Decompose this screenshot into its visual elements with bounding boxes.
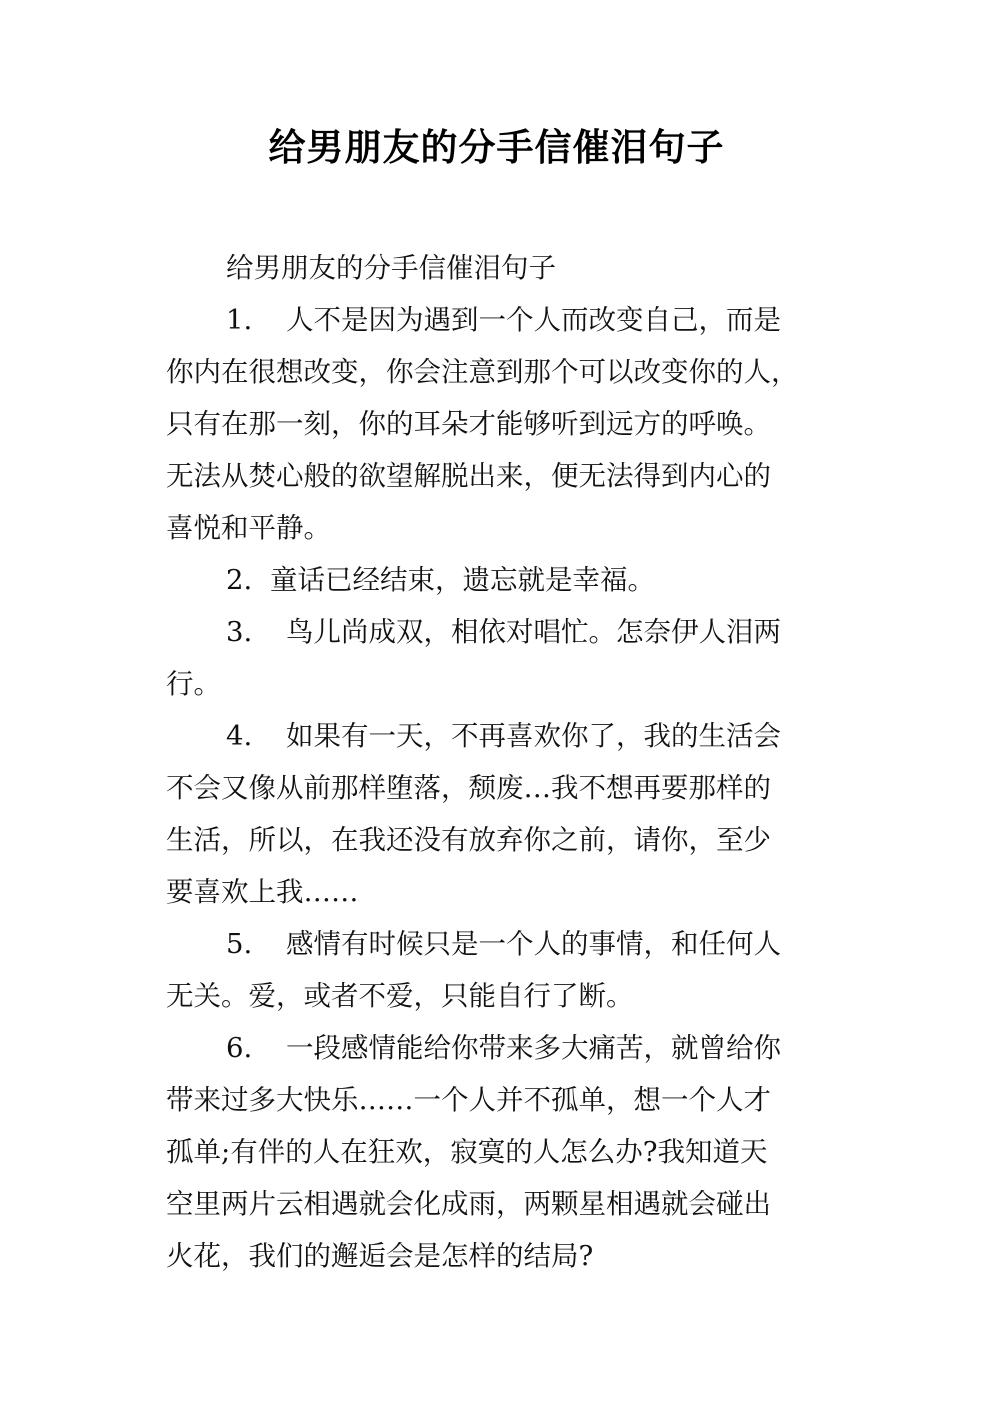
list-item-1: 1.人不是因为遇到一个人而改变自己，而是 你内在很想改变，你会注意到那个可以改变…: [166, 294, 846, 554]
list-item-text: 带来过多大快乐……一个人并不孤单，想一个人才: [166, 1074, 846, 1126]
list-item-text: 孤单;有伴的人在狂欢，寂寞的人怎么办?我知道天: [166, 1126, 846, 1178]
list-item-number: 5.: [226, 918, 286, 970]
list-item-text: 生活，所以，在我还没有放弃你之前，请你，至少: [166, 814, 846, 866]
list-item-3: 3.鸟儿尚成双，相依对唱忙。怎奈伊人泪两 行。: [166, 606, 846, 710]
list-item-text: 感情有时候只是一个人的事情，和任何人: [286, 928, 781, 960]
list-item-first-line: 3.鸟儿尚成双，相依对唱忙。怎奈伊人泪两: [166, 606, 846, 658]
list-item-text: 鸟儿尚成双，相依对唱忙。怎奈伊人泪两: [286, 616, 781, 648]
list-item-first-line: 6.一段感情能给你带来多大痛苦，就曾给你: [166, 1022, 846, 1074]
list-item-first-line: 4.如果有一天，不再喜欢你了，我的生活会: [166, 710, 846, 762]
list-item-text: 喜悦和平静。: [166, 502, 846, 554]
document-title: 给男朋友的分手信催泪句子: [0, 122, 993, 174]
list-item-number: 1.: [226, 294, 286, 346]
list-item-text: 火花，我们的邂逅会是怎样的结局?: [166, 1230, 846, 1282]
list-item-number: 6.: [226, 1022, 286, 1074]
list-item-first-line: 5.感情有时候只是一个人的事情，和任何人: [166, 918, 846, 970]
list-item-first-line: 1.人不是因为遇到一个人而改变自己，而是: [166, 294, 846, 346]
list-item-text: 一段感情能给你带来多大痛苦，就曾给你: [286, 1032, 781, 1064]
list-item-4: 4.如果有一天，不再喜欢你了，我的生活会 不会又像从前那样堕落，颓废…我不想再要…: [166, 710, 846, 918]
list-item-6: 6.一段感情能给你带来多大痛苦，就曾给你 带来过多大快乐……一个人并不孤单，想一…: [166, 1022, 846, 1282]
list-item-text: 只有在那一刻，你的耳朵才能够听到远方的呼唤。: [166, 398, 846, 450]
list-item-text: 空里两片云相遇就会化成雨，两颗星相遇就会碰出: [166, 1178, 846, 1230]
list-item-text: 你内在很想改变，你会注意到那个可以改变你的人，: [166, 346, 846, 398]
list-item-text: 不会又像从前那样堕落，颓废…我不想再要那样的: [166, 762, 846, 814]
list-item-number: 2.: [226, 554, 270, 606]
list-item-text: 行。: [166, 658, 846, 710]
list-item-number: 4.: [226, 710, 286, 762]
list-item-number: 3.: [226, 606, 286, 658]
document-subtitle: 给男朋友的分手信催泪句子: [166, 242, 846, 294]
list-item-text: 无关。爱，或者不爱，只能自行了断。: [166, 970, 846, 1022]
document-page: 给男朋友的分手信催泪句子 给男朋友的分手信催泪句子 1.人不是因为遇到一个人而改…: [0, 0, 993, 1404]
list-item-5: 5.感情有时候只是一个人的事情，和任何人 无关。爱，或者不爱，只能自行了断。: [166, 918, 846, 1022]
list-item-2: 2.童话已经结束，遗忘就是幸福。: [166, 554, 846, 606]
list-item-text: 童话已经结束，遗忘就是幸福。: [270, 564, 655, 596]
list-item-first-line: 2.童话已经结束，遗忘就是幸福。: [166, 554, 846, 606]
list-item-text: 要喜欢上我……: [166, 866, 846, 918]
list-item-text: 无法从焚心般的欲望解脱出来，便无法得到内心的: [166, 450, 846, 502]
document-body: 给男朋友的分手信催泪句子 1.人不是因为遇到一个人而改变自己，而是 你内在很想改…: [166, 242, 846, 1282]
list-item-text: 如果有一天，不再喜欢你了，我的生活会: [286, 720, 781, 752]
list-item-text: 人不是因为遇到一个人而改变自己，而是: [286, 304, 781, 336]
